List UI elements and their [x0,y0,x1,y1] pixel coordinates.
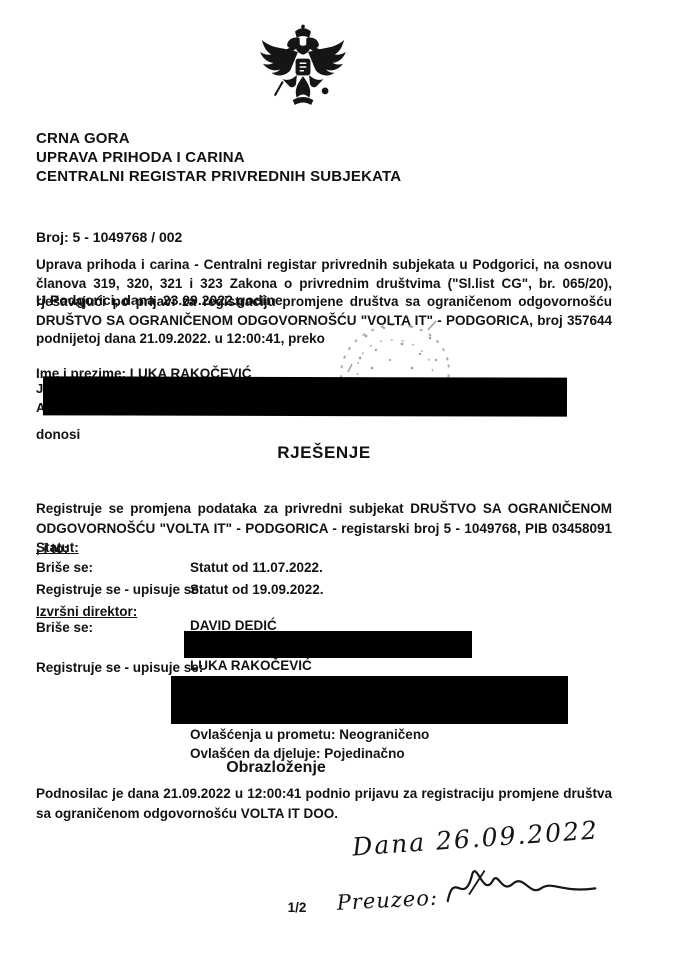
handwritten-receiver-line: Preuzeo: [335,857,602,915]
decision-paragraph: Registruje se promjena podataka za privr… [36,499,612,559]
country-name: CRNA GORA [36,129,401,148]
registry-name: CENTRALNI REGISTAR PRIVREDNIH SUBJEKATA [36,167,401,186]
statut-register-label: Registruje se - upisuje se: [36,582,203,597]
director-delete-label: Briše se: [36,620,93,635]
statut-delete-value: Statut od 11.07.2022. [190,560,323,575]
intro-paragraph: Uprava prihoda i carina - Centralni regi… [36,256,612,349]
letterhead: CRNA GORA UPRAVA PRIHODA I CARINA CENTRA… [36,129,401,186]
director-register-value: LUKA RAKOČEVIĆ [190,658,312,673]
director-section-heading: Izvršni direktor: [36,604,137,619]
donosi-word: donosi [36,427,80,442]
authority-name: UPRAVA PRIHODA I CARINA [36,148,401,167]
coat-of-arms-eagle-icon [256,24,350,124]
statut-section-heading: Statut: [36,540,79,555]
pib-value: 03458091 [552,521,612,536]
statut-register-value: Statut od 19.09.2022. [190,582,324,597]
redaction-bar-1 [43,376,567,416]
explanation-title: Obrazloženje [36,759,516,777]
handwritten-receiver-label: Preuzeo: [336,886,438,915]
document-number: Broj: 5 - 1049768 / 002 [36,227,283,248]
document-page: CRNA GORA UPRAVA PRIHODA I CARINA CENTRA… [0,0,679,960]
redaction-bar-3 [171,676,568,724]
director-register-label: Registruje se - upisuje se: [36,660,203,675]
explanation-paragraph: Podnosilac je dana 21.09.2022 u 12:00:41… [36,784,612,824]
statut-delete-label: Briše se: [36,560,93,575]
page-number: 1/2 [262,900,332,915]
decision-title: RJEŠENJE [36,443,612,463]
registry-number-value: 5 - 1049768 [444,521,517,536]
authority-in-transactions-line: Ovlašćenja u prometu: Neograničeno [190,727,429,742]
redaction-bar-2 [184,631,472,658]
handwritten-signature [440,857,602,909]
decision-text-mid: , PIB [517,521,552,536]
